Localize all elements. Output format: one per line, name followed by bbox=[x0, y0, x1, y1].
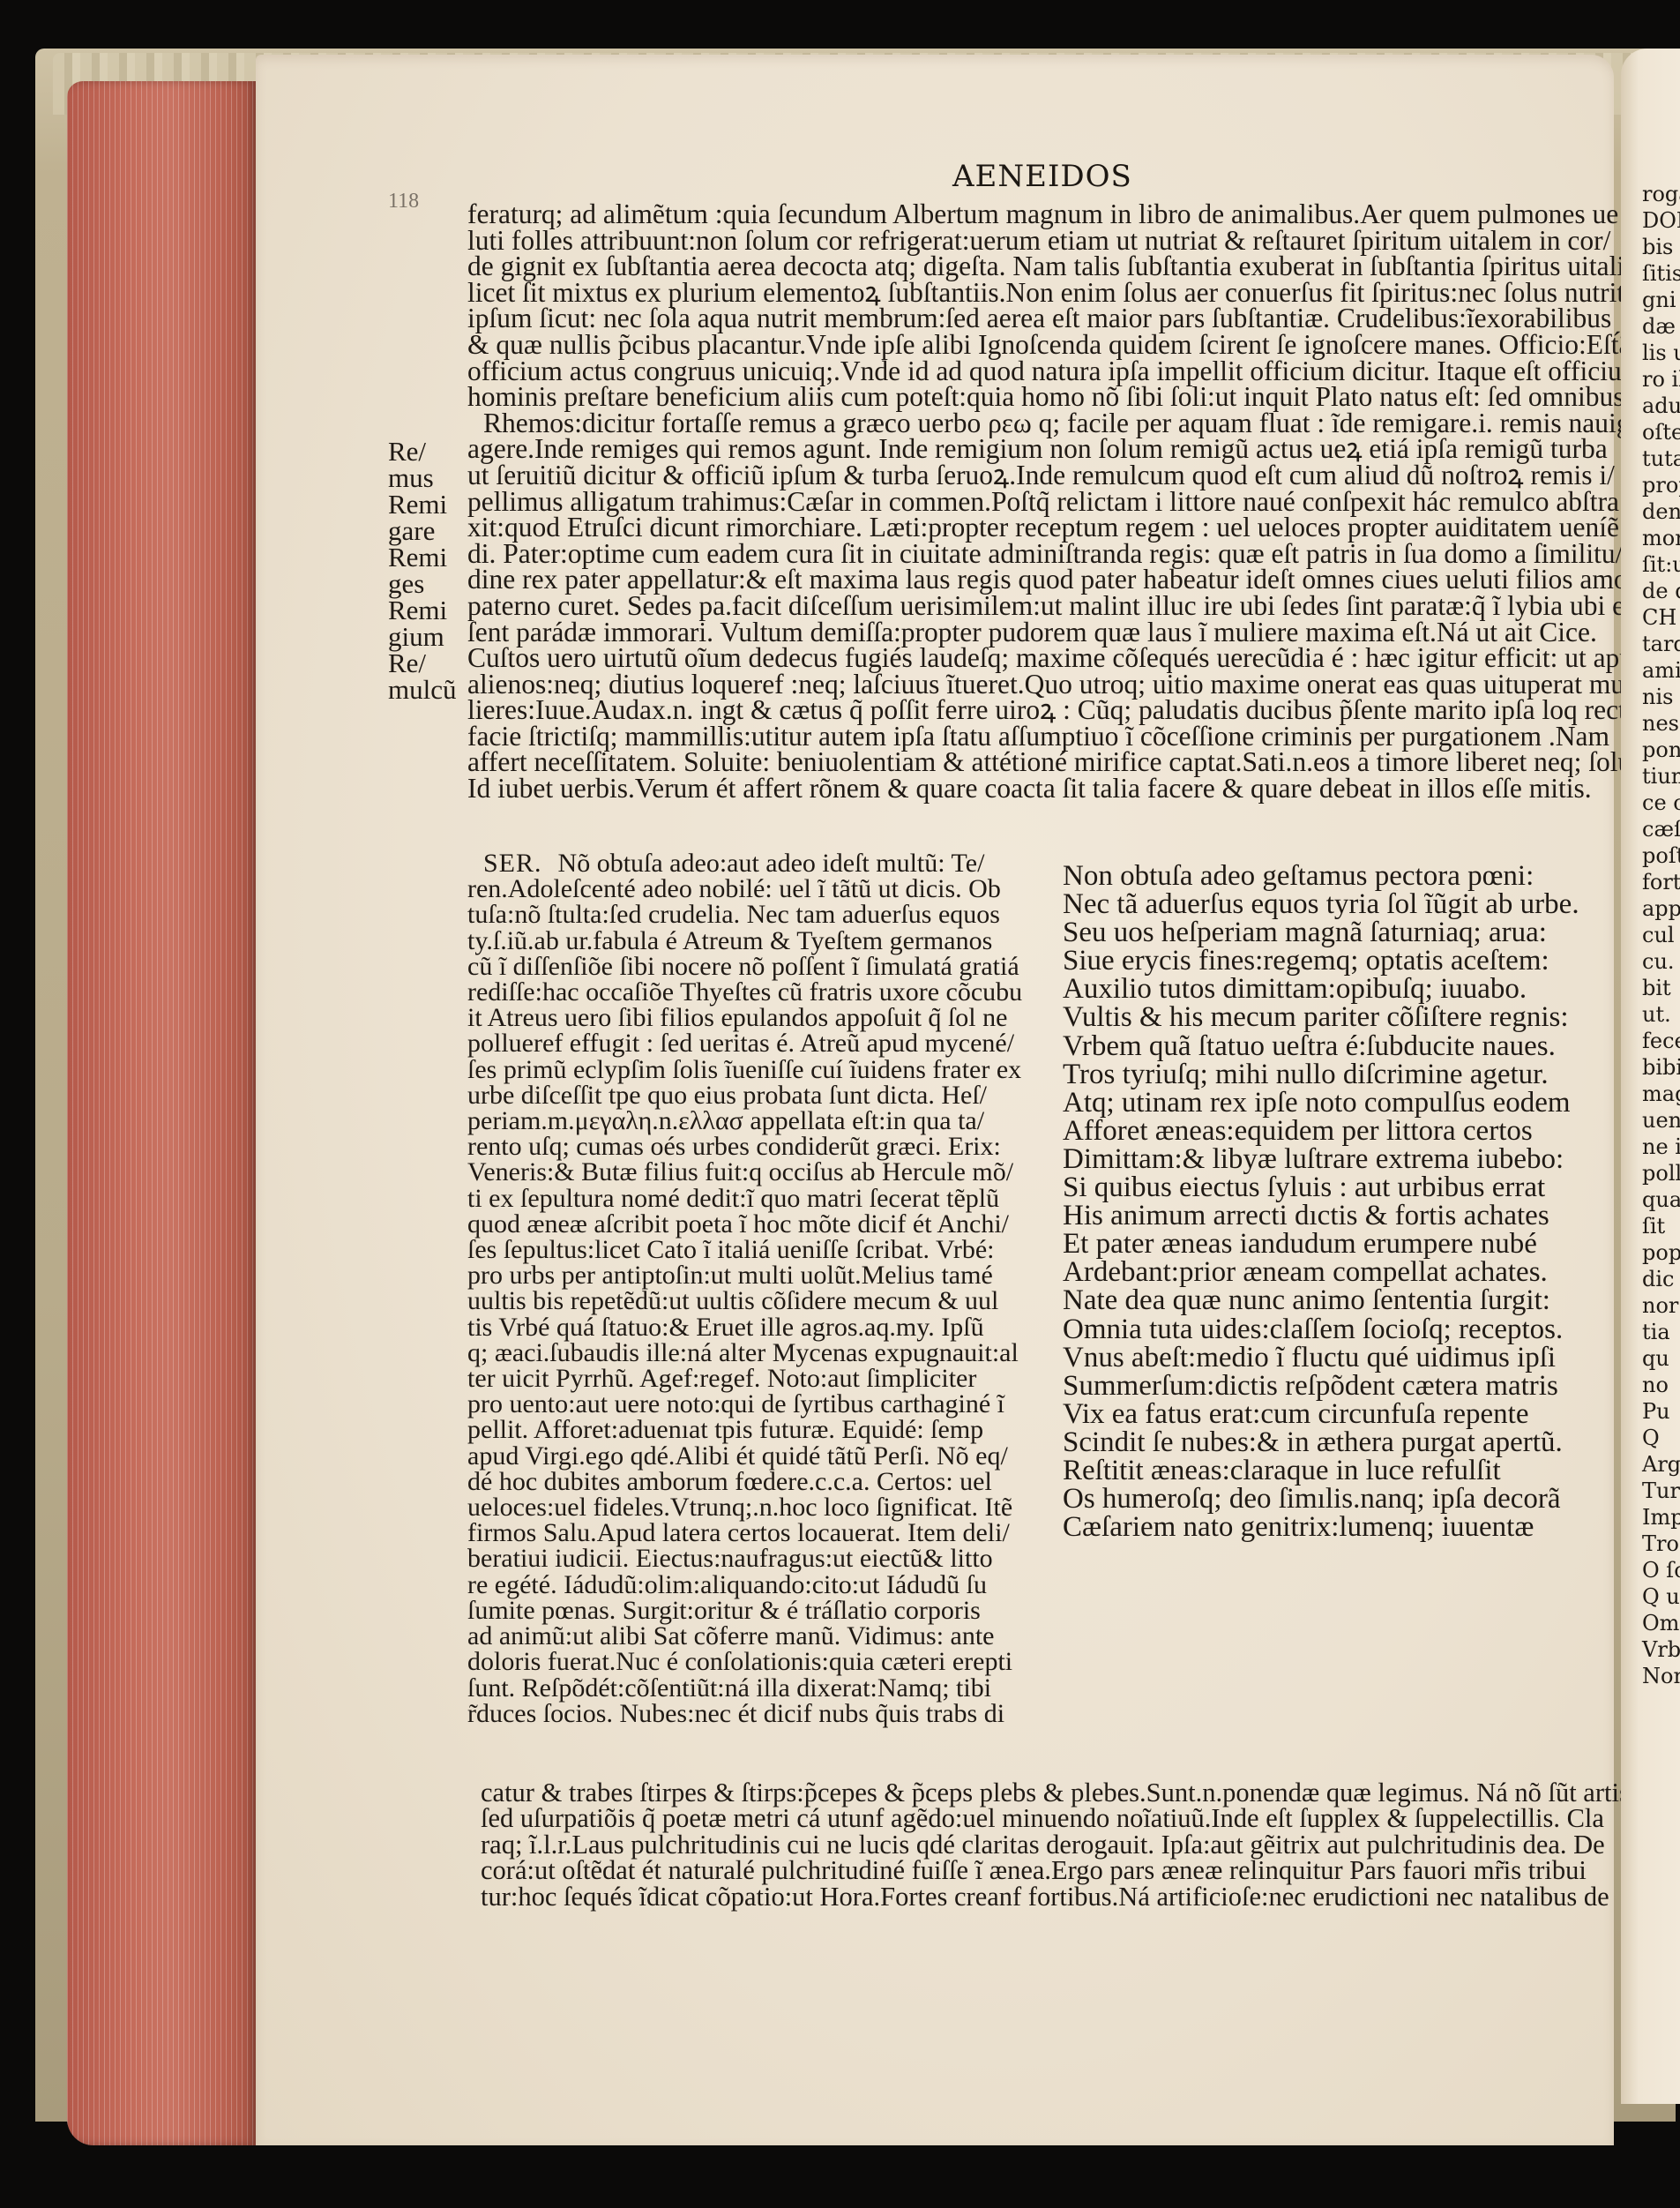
commentary-line: q; æaci.ſubaudis ille:ná alter Mycenas e… bbox=[467, 1340, 1067, 1366]
facing-page-fragment: fece bbox=[1621, 1028, 1680, 1054]
commentary-line: ueloces:uel fideles.Vtrunq;.n.hoc loco ſ… bbox=[467, 1494, 1067, 1520]
facing-page-fragment: oſtend bbox=[1621, 419, 1680, 445]
facing-page-fragment: O ſo bbox=[1621, 1557, 1680, 1583]
marginal-note: gare bbox=[388, 518, 467, 544]
facing-page-fragment: ueni bbox=[1621, 1107, 1680, 1134]
verse-line: Dimittam:& libyæ luſtrare extrema iubebo… bbox=[1063, 1145, 1609, 1173]
facing-page-fragment: amitt bbox=[1621, 657, 1680, 684]
commentary-line: rediſſe:hac occaſiõe Thyeſtes cũ fratris… bbox=[467, 979, 1067, 1005]
facing-page-fragment: tium bbox=[1621, 763, 1680, 790]
facing-page-fragment: rogat. bbox=[1621, 181, 1680, 207]
commentary-line: Rhemos:dicitur fortaſſe remus a græco ue… bbox=[467, 410, 1596, 437]
facing-page-fragment: nes pr bbox=[1621, 710, 1680, 737]
facing-page-fragment: poſt bbox=[1621, 842, 1680, 869]
marginal-note: gium bbox=[388, 624, 467, 650]
commentary-first-line: SER.Nõ obtuſa adeo:aut adeo ideſt multũ:… bbox=[467, 850, 1067, 876]
commentary-line: raq; ĩ.l.r.Laus pulchritudinis cui ne lu… bbox=[481, 1832, 1609, 1858]
commentary-line: apud Virgi.ego qdé.Alibi ét quidé tãtũ P… bbox=[467, 1443, 1067, 1469]
verse-line: Vrbem quã ſtatuo ueſtra é:ſubducite naue… bbox=[1063, 1032, 1609, 1060]
speaker-label: SER. bbox=[483, 849, 542, 878]
facing-page-fragment: app bbox=[1621, 895, 1680, 922]
marginal-note: mus bbox=[388, 465, 467, 491]
commentary-line: corá:ut oſtẽdat ét naturalé pulchritudin… bbox=[481, 1858, 1609, 1883]
commentary-line: officium actus congruus unicuiq;.Vnde id… bbox=[467, 358, 1596, 385]
verse-line: Nec tã aduerſus equos tyria ſol ĩũgit ab… bbox=[1063, 890, 1609, 918]
facing-page-fragment: dic bbox=[1621, 1266, 1680, 1292]
commentary-line: Veneris:& Butæ filius fuit:q occiſus ab … bbox=[467, 1159, 1067, 1185]
commentary-line: doloris fuerat.Nuc é conſolationis:quia … bbox=[467, 1649, 1067, 1674]
verse-line: Atq; utinam rex ipſe noto compulſus eode… bbox=[1063, 1089, 1609, 1117]
verse-line: Et pater æneas iandudum erumpere nubé bbox=[1063, 1230, 1609, 1258]
facing-page-fragment: propr bbox=[1621, 472, 1680, 498]
verse-line: Siue erycis fines:regemq; optatis aceſte… bbox=[1063, 947, 1609, 975]
commentary-line: re egété. Iádudũ:olim:aliquando:cito:ut … bbox=[467, 1572, 1067, 1598]
facing-page-fragment: aduẽtũ bbox=[1621, 393, 1680, 419]
facing-page-fragment: ponit bbox=[1621, 737, 1680, 763]
commentary-line: pellimus alligatum trahimus:Cæſar in com… bbox=[467, 489, 1596, 515]
facing-page-fragment: ut. bbox=[1621, 1001, 1680, 1028]
commentary-line: firmos Salu.Apud latera certos locauerat… bbox=[467, 1520, 1067, 1546]
commentary-line: de gignit ex ſubſtantia aerea decocta at… bbox=[467, 253, 1596, 280]
commentary-line: rento uſq; cumas oés urbes condiderũt gr… bbox=[467, 1134, 1067, 1159]
facing-page-fragment: mag bbox=[1621, 1081, 1680, 1107]
verse-line: Ardebant:prior æneam compellat achates. bbox=[1063, 1258, 1609, 1286]
running-head: AENEIDOS bbox=[952, 159, 1132, 194]
facing-page-fragment: dentia bbox=[1621, 498, 1680, 525]
commentary-line: ſent parádæ immorari. Vultum demiſſa:pro… bbox=[467, 619, 1596, 646]
facing-page-fragment: ce cui bbox=[1621, 790, 1680, 816]
commentary-line: facie ſtrictiſq; mammillis:utitur autem … bbox=[467, 723, 1596, 750]
commentary-line: urbe diſceſſit tpe quo eius probata ſunt… bbox=[467, 1082, 1067, 1108]
commentary-line: quod æneæ aſcribit poeta ĩ hoc mõte dici… bbox=[467, 1211, 1067, 1237]
facing-page-fragment: nis ue bbox=[1621, 684, 1680, 710]
facing-page-fragment: lis uno bbox=[1621, 340, 1680, 366]
facing-page-fragment: Q u bbox=[1621, 1583, 1680, 1610]
commentary-line: ſes ſepultus:licet Cato ĩ italiá ueniſſe… bbox=[467, 1237, 1067, 1262]
commentary-line: ti ex ſepultura nomé dedit:ĩ quo matri ſ… bbox=[467, 1186, 1067, 1211]
facing-page-fragment: tardu bbox=[1621, 631, 1680, 657]
facing-page-fragment: fort bbox=[1621, 869, 1680, 895]
facing-page-fragment: cæſu bbox=[1621, 816, 1680, 842]
marginal-note: Remi bbox=[388, 491, 467, 518]
facing-page-fragment: Non bbox=[1621, 1663, 1680, 1689]
commentary-line: Id iubet uerbis.Verum ét affert rõnem & … bbox=[467, 775, 1596, 802]
commentary-line: tur:hoc ſequés ĩdicat cõpatio:ut Hora.Fo… bbox=[481, 1884, 1609, 1910]
verse-line: Os humeroſq; deo ſimılis.nanq; ipſa deco… bbox=[1063, 1485, 1609, 1513]
facing-page-fragment: DON bbox=[1621, 207, 1680, 234]
verse-line: Omnia tuta uides:claſſem ſocioſq; recept… bbox=[1063, 1315, 1609, 1344]
facing-page-fragment: qua bbox=[1621, 1186, 1680, 1213]
facing-page-fragment: bit bbox=[1621, 975, 1680, 1001]
commentary-line: xit:quod Etruſci dicunt rimorchiare. Læt… bbox=[467, 514, 1596, 541]
facing-page-fragment: Q bbox=[1621, 1425, 1680, 1451]
marginal-note: mulcũ bbox=[388, 677, 467, 703]
commentary-line: uultis bis repetẽdũ:ut uultis cõſidere m… bbox=[467, 1288, 1067, 1314]
commentary-line: pro urbs per antiptoſin:ut multi uolũt.M… bbox=[467, 1262, 1067, 1288]
commentary-line: beratiui iudicii. Eiectus:naufragus:ut e… bbox=[467, 1546, 1067, 1571]
commentary-line: tis Vrbé quá ſtatuo:& Eruet ille agros.a… bbox=[467, 1314, 1067, 1340]
commentary-line: di. Pater:optime cum eadem cura ſit in c… bbox=[467, 541, 1596, 567]
facing-page-fragment: ne in bbox=[1621, 1134, 1680, 1160]
facing-page-fragment: poll bbox=[1621, 1160, 1680, 1186]
facing-page-fragment: cul bbox=[1621, 922, 1680, 948]
facing-page-fragment: qu bbox=[1621, 1345, 1680, 1372]
red-fore-edge bbox=[67, 81, 257, 2145]
facing-page-fragment: dæ urb bbox=[1621, 313, 1680, 340]
commentary-line: affert neceſſitatem. Soluite: beniuolent… bbox=[467, 749, 1596, 775]
commentary-line: ter uicit Pyrrhũ. Agef:regef. Noto:aut ſ… bbox=[467, 1366, 1067, 1391]
facing-page-fragment: ſit:ut bbox=[1621, 551, 1680, 578]
marginal-notes: Re/musRemigareRemigesRemigiumRe/mulcũ bbox=[388, 438, 467, 703]
commentary-line: ipſum ſicut: nec ſola aqua nutrit membru… bbox=[467, 305, 1596, 332]
commentary-line: feraturq; ad alimẽtum :quia ſecundum Alb… bbox=[467, 201, 1596, 228]
facing-page-fragment: gni eos bbox=[1621, 287, 1680, 313]
marginal-note: ges bbox=[388, 571, 467, 597]
verse-line: Non obtuſa adeo geſtamus pectora pœni: bbox=[1063, 862, 1609, 890]
commentary-line: & quæ nullis p̃cibus placantur.Vnde ipſe… bbox=[467, 332, 1596, 358]
commentary-line: paterno curet. Sedes pa.facit diſceſſum … bbox=[467, 593, 1596, 619]
facing-page-fragment: ſit bbox=[1621, 1213, 1680, 1239]
facing-page-edge: rogat.DONbis auerſitis reſgni eosdæ urbl… bbox=[1621, 49, 1680, 2104]
commentary-line: periam.m.μεγαλη.n.ελλασ appellata eſt:in… bbox=[467, 1108, 1067, 1134]
facing-page-fragment: Tro bbox=[1621, 1531, 1680, 1557]
commentary-line: dine rex pater appellatur:& eſt maxima l… bbox=[467, 566, 1596, 593]
verse-line: Si quibus eiectus ſyluis : aut urbibus e… bbox=[1063, 1173, 1609, 1201]
facing-page-fragment: ro illá ſ bbox=[1621, 366, 1680, 393]
facing-page-fragment: tuta eſ bbox=[1621, 445, 1680, 472]
facing-page-fragment: CH bbox=[1621, 604, 1680, 631]
facing-page-fragment: ſitis reſ bbox=[1621, 260, 1680, 287]
facing-page-fragment: morá bbox=[1621, 525, 1680, 551]
commentary-line: luti folles attribuunt:non ſolum cor ref… bbox=[467, 228, 1596, 254]
verse-line: Vix ea fatus erat:cum circunfuſa repente bbox=[1063, 1400, 1609, 1428]
verse-line: Summerſum:dictis reſpõdent cætera matris bbox=[1063, 1372, 1609, 1400]
facing-page-fragment: nor bbox=[1621, 1292, 1680, 1319]
commentary-line: cũ ĩ diſſenſiõe ſibi nocere nõ poſſent ĩ… bbox=[467, 954, 1067, 979]
verse-line: Tros tyriuſq; mihi nullo diſcrimine aget… bbox=[1063, 1060, 1609, 1089]
commentary-line: ſunt. Reſpõdét:cõſentiũt:ná illa dixerat… bbox=[467, 1675, 1067, 1701]
verse-line: Auxilio tutos dimittam:opibuſq; iuuabo. bbox=[1063, 975, 1609, 1003]
facing-page-fragment: bis auer bbox=[1621, 234, 1680, 260]
commentary-line: agere.Inde remiges qui remos agunt. Inde… bbox=[467, 436, 1596, 462]
commentary-line: tuſa:nõ ſtulta:ſed crudelia. Nec tam adu… bbox=[467, 902, 1067, 927]
commentary-line: dé hoc dubites amborum fœdere.c.c.a. Cer… bbox=[467, 1469, 1067, 1494]
facing-page-fragment: no bbox=[1621, 1372, 1680, 1398]
top-commentary-block: feraturq; ad alimẽtum :quia ſecundum Alb… bbox=[467, 201, 1596, 802]
verse-line: Cæſariem nato genitrix:lumenq; iuuentæ bbox=[1063, 1513, 1609, 1541]
commentary-line: ſed uſurpatiõis q̃ poetæ metri cá utunf … bbox=[481, 1806, 1609, 1831]
commentary-line: ſes primũ eclypſim ſolis ĩueniſſe cuí ĩu… bbox=[467, 1057, 1067, 1082]
verse-line: Scindit ſe nubes:& in æthera purgat aper… bbox=[1063, 1428, 1609, 1456]
commentary-line: Nõ obtuſa adeo:aut adeo ideſt multũ: Te/ bbox=[558, 849, 985, 878]
facing-page-fragment: de diſ bbox=[1621, 578, 1680, 604]
facing-page-fragment: Arg bbox=[1621, 1451, 1680, 1478]
commentary-line: ſumite pœnas. Surgit:oritur & é tráſlati… bbox=[467, 1598, 1067, 1623]
commentary-column: SER.Nõ obtuſa adeo:aut adeo ideſt multũ:… bbox=[467, 850, 1067, 1726]
facing-page-fragment: Vrb bbox=[1621, 1636, 1680, 1663]
commentary-line: alienos:neq; diutius loqueref :neq; laſc… bbox=[467, 671, 1596, 698]
commentary-line: it Atreus uero ſibi filios epulandos app… bbox=[467, 1005, 1067, 1030]
commentary-line: pollueref effugit : ſed ueritas é. Atreũ… bbox=[467, 1030, 1067, 1056]
verse-line: Vultis & his mecum pariter cõſiſtere reg… bbox=[1063, 1003, 1609, 1031]
facing-page-fragment: Om bbox=[1621, 1610, 1680, 1636]
commentary-line: Cuſtos uero uirtutũ oĩum dedecus fugiés … bbox=[467, 645, 1596, 671]
verse-column: Non obtuſa adeo geſtamus pectora pœni:Ne… bbox=[1063, 862, 1609, 1541]
commentary-line: licet ſit mixtus ex plurium elementoꝝ ſu… bbox=[467, 280, 1596, 306]
marginal-note: Remi bbox=[388, 597, 467, 624]
facing-page-fragment: Imp bbox=[1621, 1504, 1680, 1531]
verse-line: Seu uos heſperiam magnã ſaturniaq; arua: bbox=[1063, 918, 1609, 947]
marginal-note: Re/ bbox=[388, 438, 467, 465]
commentary-line: ty.ſ.iũ.ab ur.fabula é Atreum & Tyeſtem … bbox=[467, 928, 1067, 954]
commentary-line: catur & trabes ſtirpes & ſtirps:p̃cepes … bbox=[481, 1780, 1609, 1806]
verse-line: Nate dea quæ nunc animo ſententia ſurgit… bbox=[1063, 1286, 1609, 1314]
facing-page-fragment: bibi bbox=[1621, 1054, 1680, 1081]
commentary-line: ren.Adoleſcenté adeo nobilé: uel ĩ tãtũ … bbox=[467, 876, 1067, 902]
commentary-line: r̃duces ſocios. Nubes:nec ét dicif nubs … bbox=[467, 1701, 1067, 1726]
commentary-line: pro uento:aut uere noto:qui de ſyrtibus … bbox=[467, 1391, 1067, 1417]
commentary-line: hominis preſtare beneficium aliis cum po… bbox=[467, 384, 1596, 410]
facing-page-fragment: Pu bbox=[1621, 1398, 1680, 1425]
page-number: 118 bbox=[388, 190, 419, 213]
commentary-line: lieres:Iuue.Audax.n. ingt & cætus q̃ poſ… bbox=[467, 697, 1596, 723]
facing-page-fragment: tia bbox=[1621, 1319, 1680, 1345]
facing-page-fragment: Tur bbox=[1621, 1478, 1680, 1504]
commentary-line: pellit. Afforet:aduenıat tpis futuræ. Eq… bbox=[467, 1417, 1067, 1442]
commentary-line: ut ſeruitiũ dicitur & officiũ ipſum & tu… bbox=[467, 462, 1596, 489]
verse-line: His animum arrecti dıctis & fortis achat… bbox=[1063, 1201, 1609, 1230]
verse-line: Vnus abeſt:medio ĩ fluctu qué uidimus ip… bbox=[1063, 1344, 1609, 1372]
verse-line: Reſtitit æneas:claraque in luce refulſit bbox=[1063, 1456, 1609, 1485]
facing-page-fragment: pop bbox=[1621, 1239, 1680, 1266]
commentary-line: ad animũ:ut alibi Sat cõferre manũ. Vidi… bbox=[467, 1623, 1067, 1649]
marginal-note: Remi bbox=[388, 544, 467, 571]
bottom-commentary-block: catur & trabes ſtirpes & ſtirps:p̃cepes … bbox=[481, 1780, 1609, 1910]
marginal-note: Re/ bbox=[388, 650, 467, 677]
facing-page-fragment: cu. bbox=[1621, 948, 1680, 975]
verse-line: Afforet æneas:equidem per littora certos bbox=[1063, 1117, 1609, 1145]
